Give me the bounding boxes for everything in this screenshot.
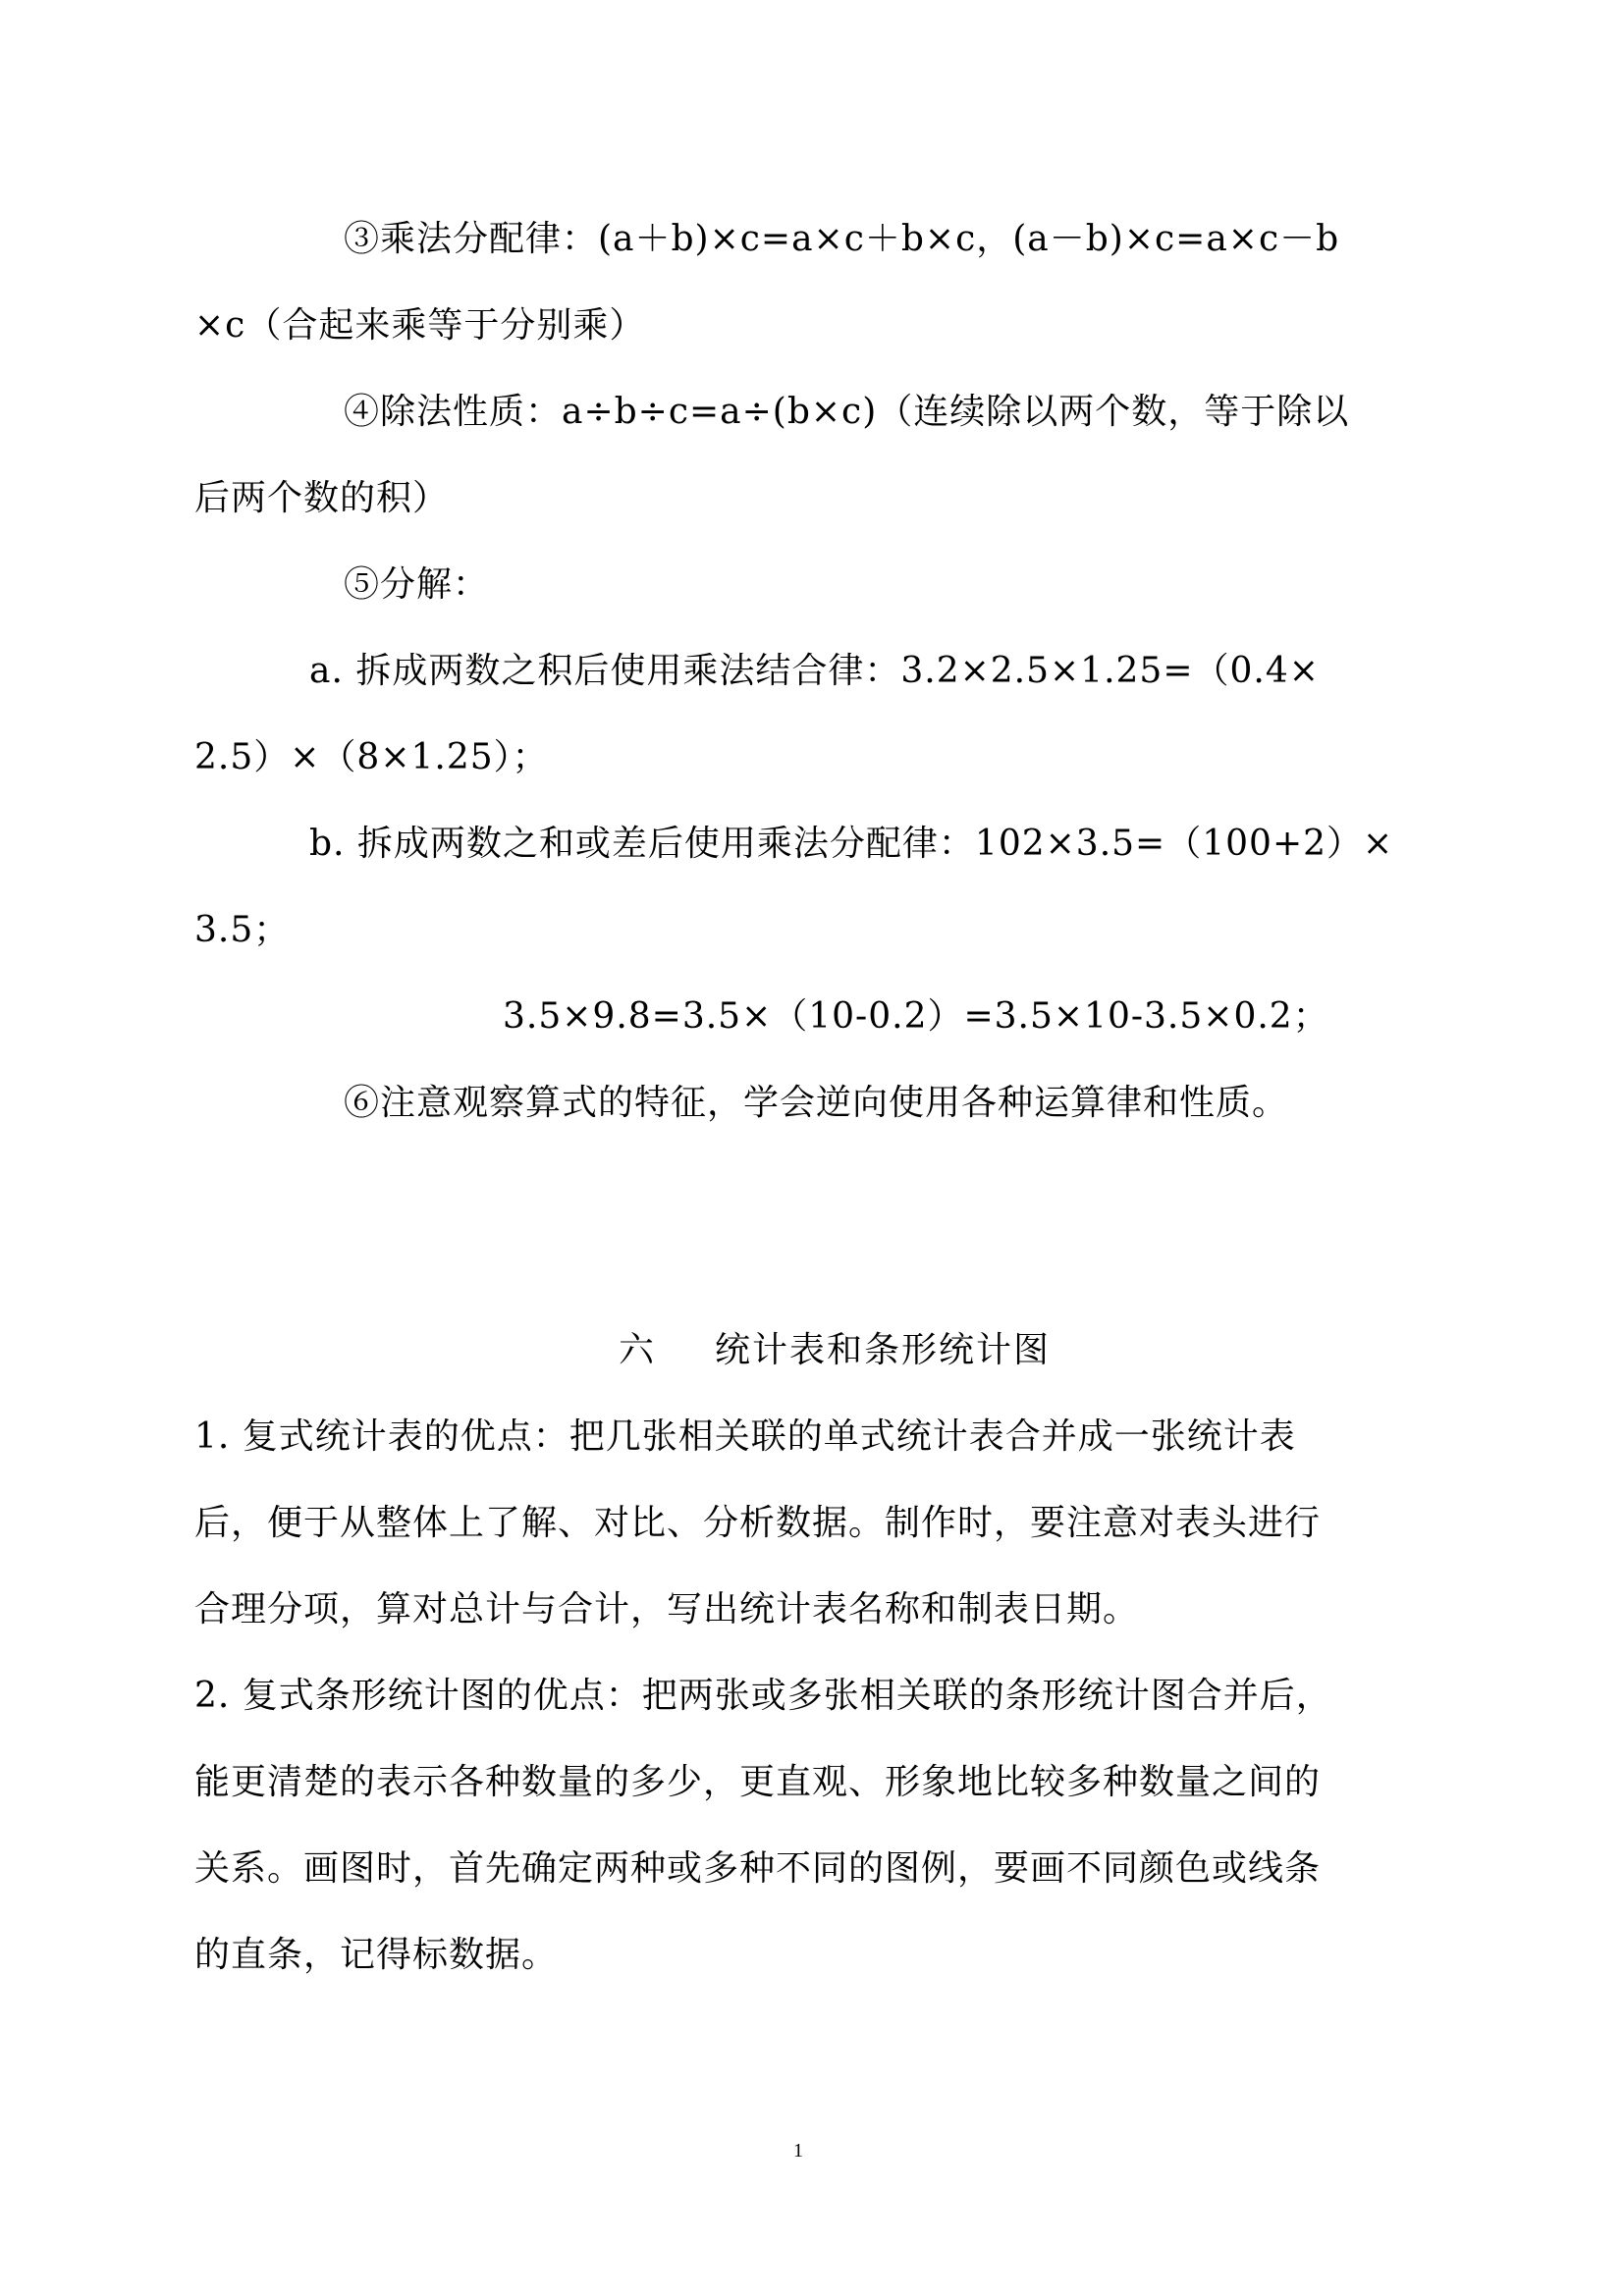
p1-line2: 后，便于从整体上了解、对比、分析数据。制作时，要注意对表头进行 [194,1502,1321,1545]
rule4-line1: ④除法性质：a÷b÷c=a÷(b×c)（连续除以两个数，等于除以 [344,391,1349,434]
p1-line1: 1. 复式统计表的优点：把几张相关联的单式统计表合并成一张统计表 [194,1415,1296,1459]
page-number: 1 [793,2140,803,2163]
p2-line4: 的直条，记得标数据。 [194,1934,558,1977]
rule5b-line2: 3.5； [194,909,290,952]
rule5a-line2: 2.5）×（8×1.25）； [194,736,549,779]
rule3-line2: ×c（合起来乘等于分别乘） [194,304,645,347]
p1-line3: 合理分项，算对总计与合计，写出统计表名称和制表日期。 [194,1588,1139,1631]
rule5a-line1: a. 拆成两数之积后使用乘法结合律：3.2×2.5×1.25=（0.4× [309,650,1320,693]
section6-number: 六 [619,1330,656,1370]
rule5b-line3: 3.5×9.8=3.5×（10-0.2）=3.5×10-3.5×0.2； [503,995,1329,1039]
p2-line1: 2. 复式条形统计图的优点：把两张或多张相关联的条形统计图合并后， [194,1675,1332,1718]
rule5b-line1: b. 拆成两数之和或差后使用乘法分配律：102×3.5=（100+2）× [309,823,1393,866]
rule3-line1: ③乘法分配律：(a＋b)×c=a×c＋b×c，(a－b)×c=a×c－b [344,218,1339,261]
rule4-line2: 后两个数的积） [194,477,449,520]
p2-line3: 关系。画图时，首先确定两种或多种不同的图例，要画不同颜色或线条 [194,1847,1321,1891]
rule6: ⑥注意观察算式的特征，学会逆向使用各种运算律和性质。 [344,1082,1288,1125]
section6-heading: 六统计表和条形统计图 [619,1329,1051,1372]
rule5-title: ⑤分解： [344,563,489,607]
p2-line2: 能更清楚的表示各种数量的多少，更直观、形象地比较多种数量之间的 [194,1761,1321,1804]
section6-title: 统计表和条形统计图 [715,1330,1051,1370]
